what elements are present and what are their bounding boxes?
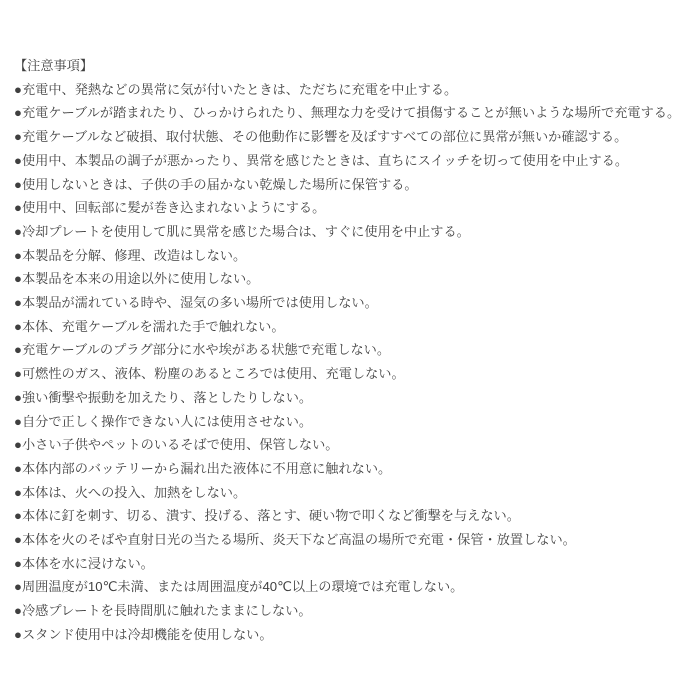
list-item: ●充電ケーブルが踏まれたり、ひっかけられたり、無理な力を受けて損傷することが無い… [14, 101, 696, 125]
list-item: ●可燃性のガス、液体、粉塵のあるところでは使用、充電しない。 [14, 362, 696, 386]
list-item-text: 冷感プレートを長時間肌に触れたままにしない。 [22, 603, 312, 618]
list-item: ●本体内部のバッテリーから漏れ出た液体に不用意に触れない。 [14, 457, 696, 481]
bullet-icon: ● [14, 437, 22, 452]
list-item: ●冷却プレートを使用して肌に異常を感じた場合は、すぐに使用を中止する。 [14, 220, 696, 244]
bullet-icon: ● [14, 627, 22, 642]
list-item-text: 自分で正しく操作できない人には使用させない。 [22, 414, 312, 429]
list-item: ●充電ケーブルなど破損、取付状態、その他動作に影響を及ぼすすべての部位に異常が無… [14, 125, 696, 149]
list-item: ●自分で正しく操作できない人には使用させない。 [14, 410, 696, 434]
list-item-text: 本製品を分解、修理、改造はしない。 [22, 248, 246, 263]
list-item: ●本製品を分解、修理、改造はしない。 [14, 244, 696, 268]
list-item: ●本体を火のそばや直射日光の当たる場所、炎天下など高温の場所で充電・保管・放置し… [14, 528, 696, 552]
list-item: ●周囲温度が10℃未満、または周囲温度が40℃以上の環境では充電しない。 [14, 575, 696, 599]
list-item-text: 本体は、火への投入、加熱をしない。 [22, 485, 246, 500]
bullet-icon: ● [14, 342, 22, 357]
list-item: ●強い衝撃や振動を加えたり、落としたりしない。 [14, 386, 696, 410]
list-item-text: 使用中、回転部に髪が巻き込まれないようにする。 [22, 200, 325, 215]
list-item-text: 本体を火のそばや直射日光の当たる場所、炎天下など高温の場所で充電・保管・放置しな… [22, 532, 576, 547]
list-item: ●本体を水に浸けない。 [14, 552, 696, 576]
bullet-icon: ● [14, 579, 22, 594]
list-item-text: 強い衝撃や振動を加えたり、落としたりしない。 [22, 390, 312, 405]
bullet-icon: ● [14, 390, 22, 405]
bullet-icon: ● [14, 532, 22, 547]
list-item: ●本製品が濡れている時や、湿気の多い場所では使用しない。 [14, 291, 696, 315]
list-item-text: 充電ケーブルのプラグ部分に水や埃がある状態で充電しない。 [22, 342, 390, 357]
list-item: ●スタンド使用中は冷却機能を使用しない。 [14, 623, 696, 647]
bullet-icon: ● [14, 105, 22, 120]
list-item-text: 本体に釘を刺す、切る、潰す、投げる、落とす、硬い物で叩くなど衝撃を与えない。 [22, 508, 520, 523]
bullet-icon: ● [14, 461, 22, 476]
list-item-text: 使用しないときは、子供の手の届かない乾燥した場所に保管する。 [22, 177, 418, 192]
list-item-text: 小さい子供やペットのいるそばで使用、保管しない。 [22, 437, 339, 452]
notice-list: ●充電中、発熱などの異常に気が付いたときは、ただちに充電を中止する。●充電ケーブ… [14, 78, 696, 647]
list-item-text: スタンド使用中は冷却機能を使用しない。 [22, 627, 273, 642]
notice-document: 【注意事項】 ●充電中、発熱などの異常に気が付いたときは、ただちに充電を中止する… [0, 0, 700, 700]
list-item: ●充電ケーブルのプラグ部分に水や埃がある状態で充電しない。 [14, 338, 696, 362]
list-item-text: 冷却プレートを使用して肌に異常を感じた場合は、すぐに使用を中止する。 [22, 224, 470, 239]
list-item: ●小さい子供やペットのいるそばで使用、保管しない。 [14, 433, 696, 457]
list-item: ●充電中、発熱などの異常に気が付いたときは、ただちに充電を中止する。 [14, 78, 696, 102]
list-item: ●本体に釘を刺す、切る、潰す、投げる、落とす、硬い物で叩くなど衝撃を与えない。 [14, 504, 696, 528]
list-item-text: 本体、充電ケーブルを濡れた手で触れない。 [22, 319, 285, 334]
bullet-icon: ● [14, 271, 22, 286]
bullet-icon: ● [14, 366, 22, 381]
list-item: ●冷感プレートを長時間肌に触れたままにしない。 [14, 599, 696, 623]
bullet-icon: ● [14, 129, 22, 144]
bullet-icon: ● [14, 485, 22, 500]
bullet-icon: ● [14, 556, 22, 571]
list-item: ●本体は、火への投入、加熱をしない。 [14, 481, 696, 505]
list-item: ●使用中、回転部に髪が巻き込まれないようにする。 [14, 196, 696, 220]
bullet-icon: ● [14, 414, 22, 429]
bullet-icon: ● [14, 82, 22, 97]
list-item-text: 充電ケーブルが踏まれたり、ひっかけられたり、無理な力を受けて損傷することが無いよ… [22, 105, 680, 120]
list-item-text: 充電ケーブルなど破損、取付状態、その他動作に影響を及ぼすすべての部位に異常が無い… [22, 129, 627, 144]
bullet-icon: ● [14, 508, 22, 523]
list-item-text: 周囲温度が10℃未満、または周囲温度が40℃以上の環境では充電しない。 [22, 579, 463, 594]
bullet-icon: ● [14, 319, 22, 334]
bullet-icon: ● [14, 153, 22, 168]
list-item: ●使用中、本製品の調子が悪かったり、異常を感じたときは、直ちにスイッチを切って使… [14, 149, 696, 173]
list-item: ●使用しないときは、子供の手の届かない乾燥した場所に保管する。 [14, 173, 696, 197]
bullet-icon: ● [14, 177, 22, 192]
list-item-text: 充電中、発熱などの異常に気が付いたときは、ただちに充電を中止する。 [22, 82, 457, 97]
bullet-icon: ● [14, 200, 22, 215]
bullet-icon: ● [14, 248, 22, 263]
list-item-text: 可燃性のガス、液体、粉塵のあるところでは使用、充電しない。 [22, 366, 405, 381]
list-item-text: 本体内部のバッテリーから漏れ出た液体に不用意に触れない。 [22, 461, 391, 476]
list-item-text: 本体を水に浸けない。 [22, 556, 154, 571]
bullet-icon: ● [14, 603, 22, 618]
list-item: ●本製品を本来の用途以外に使用しない。 [14, 267, 696, 291]
list-item-text: 本製品が濡れている時や、湿気の多い場所では使用しない。 [22, 295, 378, 310]
list-item-text: 本製品を本来の用途以外に使用しない。 [22, 271, 259, 286]
bullet-icon: ● [14, 224, 22, 239]
bullet-icon: ● [14, 295, 22, 310]
list-item: ●本体、充電ケーブルを濡れた手で触れない。 [14, 315, 696, 339]
list-item-text: 使用中、本製品の調子が悪かったり、異常を感じたときは、直ちにスイッチを切って使用… [22, 153, 628, 168]
page-title: 【注意事項】 [14, 54, 696, 78]
